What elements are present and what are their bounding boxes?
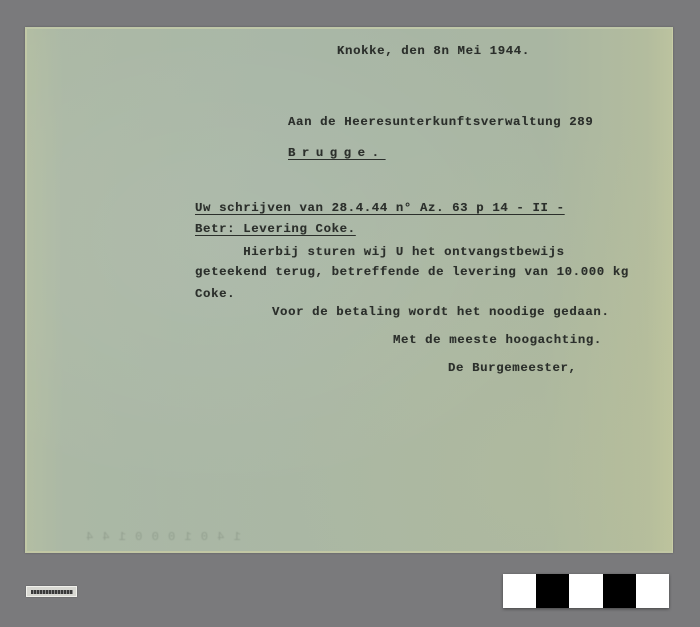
barcode-label-icon	[26, 586, 77, 597]
closing-line: Met de meeste hoogachting.	[393, 333, 602, 347]
body-line-1: Hierbij sturen wij U het ontvangstbewijs	[195, 245, 565, 259]
recipient-city: Brugge.	[288, 146, 386, 160]
body-line-2: geteekend terug, betreffende de levering…	[195, 265, 629, 279]
date-line: Knokke, den 8n Mei 1944.	[337, 44, 530, 58]
recipient-line: Aan de Heeresunterkunftsverwaltung 289	[288, 115, 593, 129]
reference-line: Uw schrijven van 28.4.44 n° Az. 63 p 14 …	[195, 201, 565, 215]
subject-line: Betr: Levering Coke.	[195, 222, 356, 236]
body-line-3: Coke.	[195, 287, 235, 301]
letter-page: Knokke, den 8n Mei 1944. Aan de Heeresun…	[25, 27, 673, 553]
barcode-stripes	[31, 590, 73, 594]
scale-segment-black	[536, 574, 569, 608]
signature-line: De Burgemeester,	[448, 361, 577, 375]
color-scale-bar	[503, 574, 669, 608]
scale-segment-white	[503, 574, 536, 608]
bleed-through-text: 1 4 0 1 0 0 0 1 4 4	[85, 530, 241, 544]
scale-segment-black	[603, 574, 636, 608]
payment-line: Voor de betaling wordt het noodige gedaa…	[272, 305, 610, 319]
scale-segment-white	[569, 574, 602, 608]
scale-segment-white	[636, 574, 669, 608]
